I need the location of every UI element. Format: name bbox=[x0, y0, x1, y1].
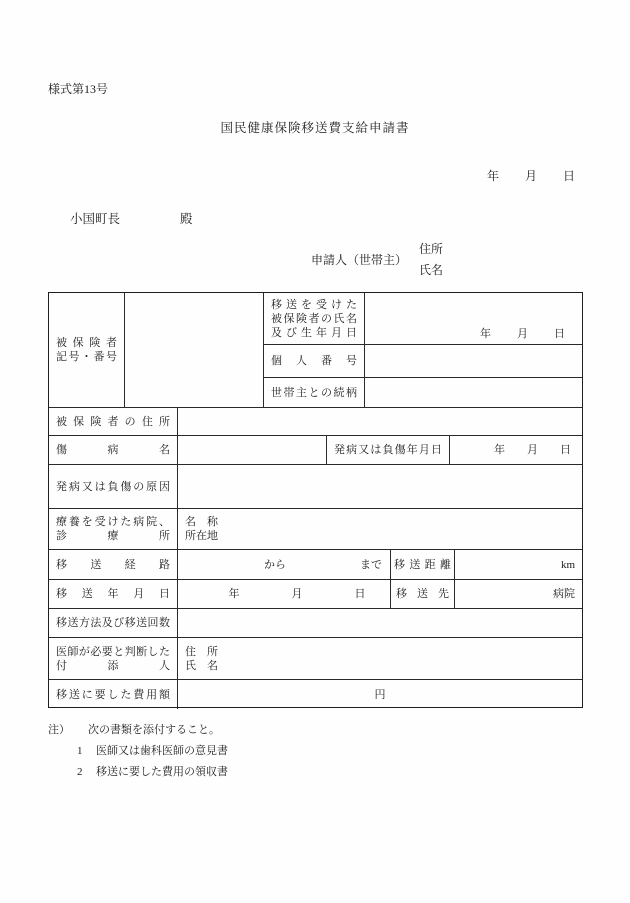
destination-unit: 病院 bbox=[553, 587, 575, 601]
header-date-year: 年 bbox=[487, 169, 499, 184]
cost-unit: 円 bbox=[375, 688, 386, 702]
row-cause: 発病又は負傷の原因 bbox=[49, 464, 582, 508]
route-value: から まで bbox=[177, 550, 390, 579]
transported-label-line3: 及び生年月日 bbox=[271, 326, 357, 340]
row-attendant: 医師が必要と判断した 付添人 住 所 氏 名 bbox=[49, 637, 582, 679]
form-number: 様式第13号 bbox=[48, 82, 108, 97]
route-distance-label: 移送距離 bbox=[390, 550, 454, 579]
method-value bbox=[177, 609, 582, 637]
method-label: 移送方法及び移送回数 bbox=[49, 609, 177, 637]
destination-value: 病院 bbox=[454, 580, 582, 608]
destination-label-text: 移送先 bbox=[396, 587, 449, 601]
row-insured: 被保険者 記号・番号 移送を受けた 被保険者の氏名 及び生年月日 年 月 日 bbox=[49, 293, 582, 407]
personal-number-label: 個人番号 bbox=[263, 345, 364, 377]
transport-date-day: 日 bbox=[355, 587, 366, 601]
applicant-name-label: 氏名 bbox=[419, 263, 443, 278]
applicant-label: 申請人（世帯主） bbox=[311, 253, 407, 268]
transported-date: 年 月 日 bbox=[372, 327, 575, 341]
hospital-address-label: 所在地 bbox=[185, 529, 218, 543]
transport-date-year: 年 bbox=[229, 587, 240, 601]
header-date-day: 日 bbox=[563, 169, 575, 184]
notes-heading-prefix: 注） bbox=[48, 723, 70, 737]
transport-date-group: 年 月 日 bbox=[185, 587, 383, 601]
destination-label: 移送先 bbox=[390, 580, 454, 608]
transported-label: 移送を受けた 被保険者の氏名 及び生年月日 bbox=[263, 293, 364, 344]
row-method: 移送方法及び移送回数 bbox=[49, 608, 582, 637]
note-item-1-num: 1 bbox=[77, 744, 83, 758]
relationship-value bbox=[364, 378, 582, 407]
note-item-2-text: 移送に要した費用の領収書 bbox=[96, 765, 228, 779]
transport-date-label: 移送年月日 bbox=[49, 580, 177, 608]
onset-date-month: 月 bbox=[527, 443, 538, 457]
row-cost: 移送に要した費用額 円 bbox=[49, 679, 582, 709]
route-label-text: 移送経路 bbox=[56, 558, 170, 572]
relationship-label-text: 世帯主との続柄 bbox=[271, 386, 357, 400]
onset-date-value: 年 月 日 bbox=[449, 436, 582, 464]
route-distance-label-text: 移送距離 bbox=[394, 558, 451, 572]
route-distance-value: km bbox=[454, 550, 582, 579]
transported-value: 年 月 日 bbox=[364, 293, 582, 344]
header-date-line: 年 月 日 bbox=[487, 169, 575, 184]
disease-value bbox=[177, 436, 326, 464]
addressee: 小国町長 bbox=[70, 209, 120, 227]
relationship-label: 世帯主との続柄 bbox=[263, 378, 364, 407]
disease-label-text: 傷病名 bbox=[56, 443, 170, 457]
transport-date-label-text: 移送年月日 bbox=[56, 587, 170, 601]
subrow-personal-number: 個人番号 bbox=[263, 344, 582, 377]
insured-code-value bbox=[124, 293, 263, 407]
transported-date-year: 年 bbox=[480, 327, 491, 341]
route-to-label: まで bbox=[360, 558, 382, 572]
applicant-address-label: 住所 bbox=[419, 242, 443, 257]
row-insured-address: 被保険者の住所 bbox=[49, 407, 582, 435]
subrow-relationship: 世帯主との続柄 bbox=[263, 377, 582, 407]
note-item-2-num: 2 bbox=[77, 765, 83, 779]
personal-number-value bbox=[364, 345, 582, 377]
transported-label-line1: 移送を受けた bbox=[271, 298, 357, 312]
cost-label-text: 移送に要した費用額 bbox=[56, 688, 170, 702]
onset-date-day: 日 bbox=[560, 443, 571, 457]
row-route: 移送経路 から まで 移送距離 km bbox=[49, 549, 582, 579]
hospital-label-line2: 診療所 bbox=[56, 529, 170, 543]
transport-date-month: 月 bbox=[292, 587, 303, 601]
cost-label: 移送に要した費用額 bbox=[49, 680, 177, 709]
hospital-label-line1: 療養を受けた病院、 bbox=[56, 515, 170, 529]
attendant-label: 医師が必要と判断した 付添人 bbox=[49, 638, 177, 679]
insured-address-label: 被保険者の住所 bbox=[49, 408, 177, 435]
transported-date-day: 日 bbox=[554, 327, 565, 341]
attendant-address-label: 住 所 bbox=[185, 645, 218, 659]
cause-value bbox=[177, 465, 582, 508]
personal-number-label-text: 個人番号 bbox=[271, 354, 357, 368]
hospital-value: 名 称 所在地 bbox=[177, 509, 582, 549]
method-label-text: 移送方法及び移送回数 bbox=[56, 616, 170, 630]
subrow-transported-name: 移送を受けた 被保険者の氏名 及び生年月日 年 月 日 bbox=[263, 293, 582, 344]
route-label: 移送経路 bbox=[49, 550, 177, 579]
notes-heading: 次の書類を添付すること。 bbox=[88, 723, 220, 737]
insured-address-value bbox=[177, 408, 582, 435]
attendant-label-line2: 付添人 bbox=[56, 659, 170, 673]
cost-value: 円 bbox=[177, 680, 582, 709]
header-date-month: 月 bbox=[525, 169, 537, 184]
application-table: 被保険者 記号・番号 移送を受けた 被保険者の氏名 及び生年月日 年 月 日 bbox=[48, 292, 583, 708]
attendant-name-label: 氏 名 bbox=[185, 659, 218, 673]
hospital-name-label: 名 称 bbox=[185, 515, 218, 529]
insured-address-label-text: 被保険者の住所 bbox=[56, 415, 170, 429]
transported-block: 移送を受けた 被保険者の氏名 及び生年月日 年 月 日 個人番号 bbox=[263, 293, 582, 407]
insured-code-label-line2: 記号・番号 bbox=[56, 350, 117, 364]
cause-label-text: 発病又は負傷の原因 bbox=[56, 480, 170, 494]
transported-date-month: 月 bbox=[517, 327, 528, 341]
insured-code-label-line1: 被保険者 bbox=[56, 336, 117, 350]
onset-date-label-text: 発病又は負傷年月日 bbox=[334, 443, 442, 457]
addressee-honorific: 殿 bbox=[180, 209, 193, 227]
hospital-label: 療養を受けた病院、 診療所 bbox=[49, 509, 177, 549]
route-from-label: から bbox=[264, 558, 286, 572]
row-transport-date: 移送年月日 年 月 日 移送先 病院 bbox=[49, 579, 582, 608]
onset-date-label: 発病又は負傷年月日 bbox=[326, 436, 449, 464]
note-item-1-text: 医師又は歯科医師の意見書 bbox=[96, 744, 228, 758]
disease-label: 傷病名 bbox=[49, 436, 177, 464]
transport-date-value: 年 月 日 bbox=[177, 580, 390, 608]
attendant-label-line1: 医師が必要と判断した bbox=[56, 645, 170, 659]
row-disease: 傷病名 発病又は負傷年月日 年 月 日 bbox=[49, 435, 582, 464]
page-title: 国民健康保険移送費支給申請書 bbox=[0, 118, 630, 136]
onset-date-year: 年 bbox=[494, 443, 505, 457]
onset-date: 年 月 日 bbox=[457, 443, 575, 457]
transported-label-line2: 被保険者の氏名 bbox=[271, 312, 357, 326]
insured-code-label: 被保険者 記号・番号 bbox=[49, 293, 124, 407]
route-distance-unit: km bbox=[561, 558, 575, 572]
cause-label: 発病又は負傷の原因 bbox=[49, 465, 177, 508]
attendant-value: 住 所 氏 名 bbox=[177, 638, 582, 679]
row-hospital: 療養を受けた病院、 診療所 名 称 所在地 bbox=[49, 508, 582, 549]
